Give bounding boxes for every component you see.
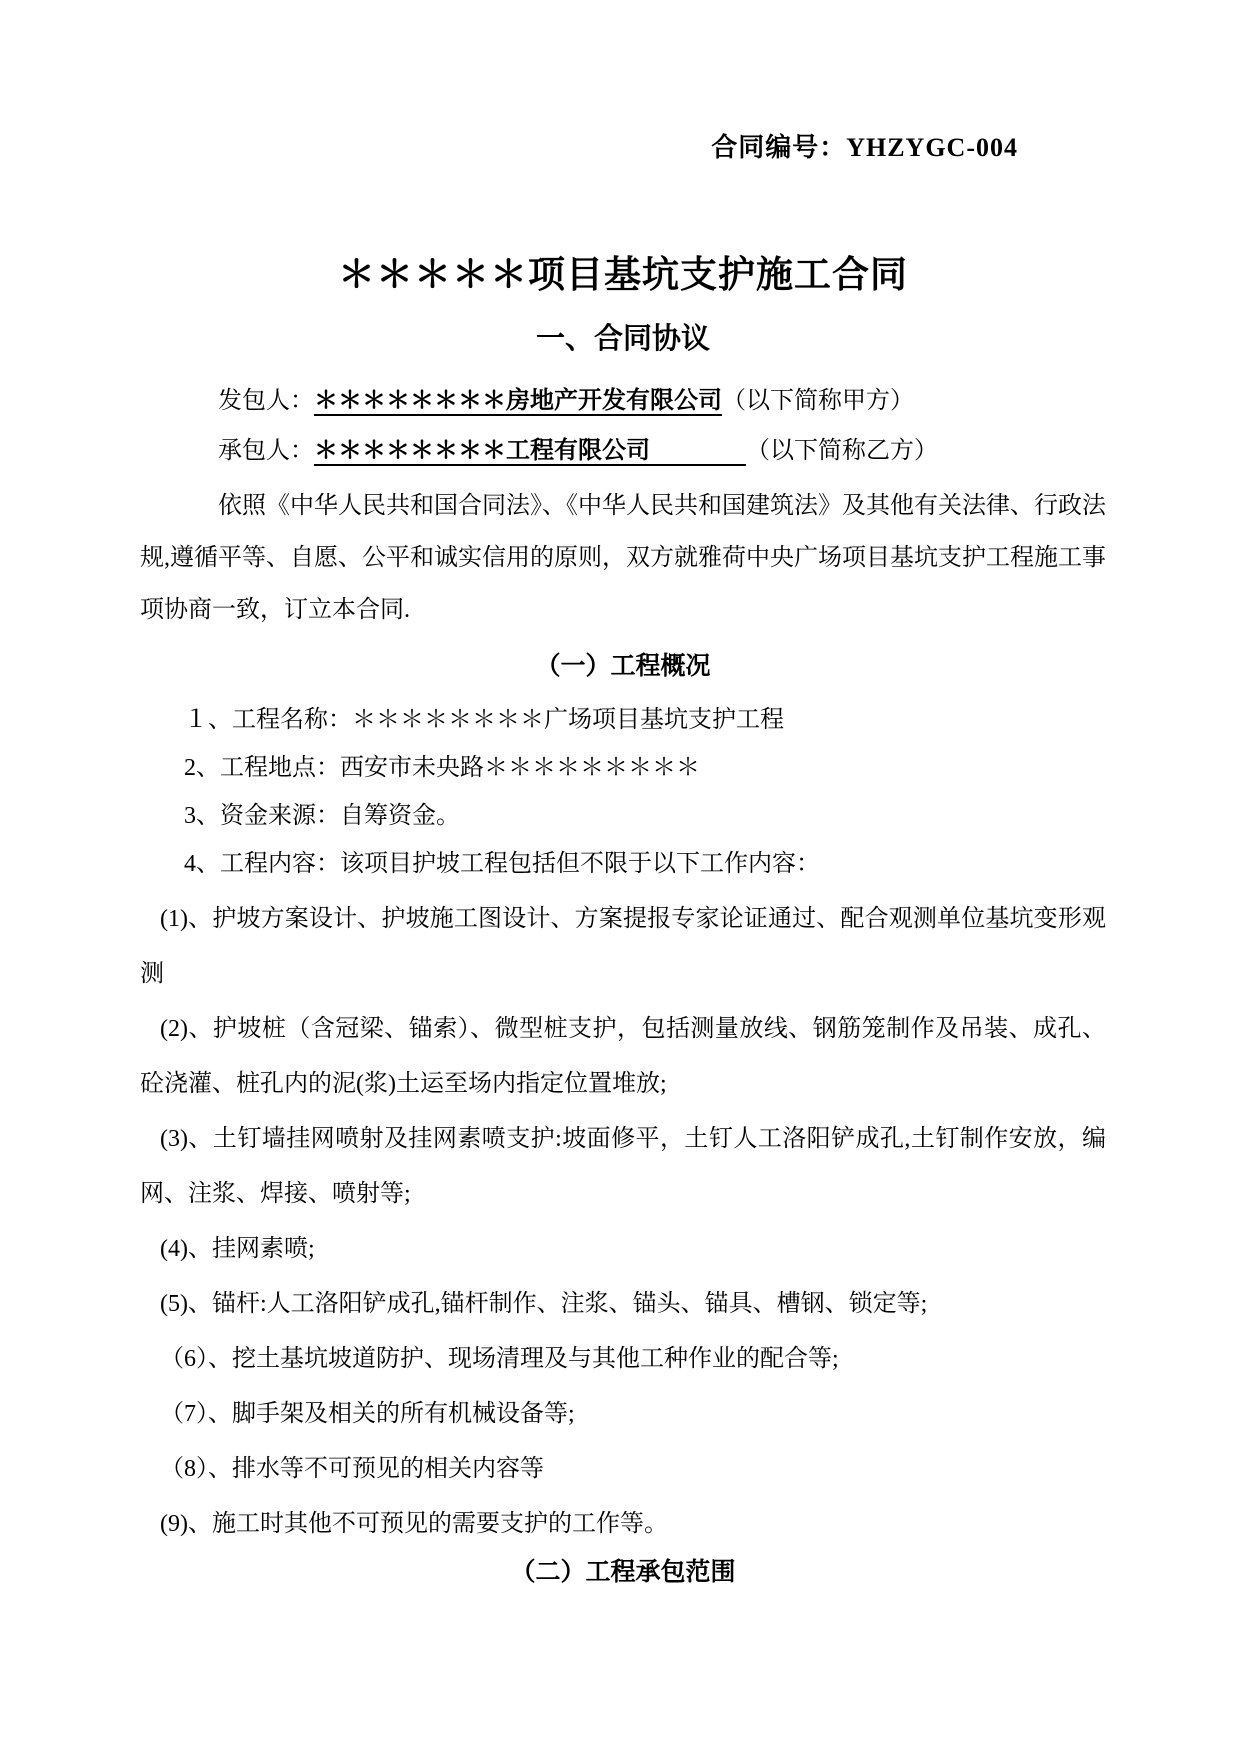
overview-items: １、工程名称：＊＊＊＊＊＊＊＊广场项目基坑支护工程 2、工程地点：西安市未央路＊… <box>140 696 1106 888</box>
contractor-line: 承包人：＊＊＊＊＊＊＊＊工程有限公司（以下简称乙方） <box>140 426 1106 476</box>
employer-label: 发包人： <box>218 388 314 414</box>
section-heading-agreement: 一、合同协议 <box>140 322 1106 356</box>
work-item-5: (5)、锚杆:人工洛阳铲成孔,锚杆制作、注浆、锚头、锚具、槽钢、锁定等; <box>140 1277 1106 1332</box>
work-items-list: (1)、护坡方案设计、护坡施工图设计、方案提报专家论证通过、配合观测单位基坑变形… <box>140 892 1106 1552</box>
overview-item-project-name: １、工程名称：＊＊＊＊＊＊＊＊广场项目基坑支护工程 <box>140 696 1106 744</box>
employer-suffix: （以下简称甲方） <box>722 388 914 414</box>
contractor-suffix: （以下简称乙方） <box>746 438 938 464</box>
contractor-label: 承包人： <box>218 438 314 464</box>
preamble-paragraph: 依照《中华人民共和国合同法》、《中华人民共和国建筑法》及其他有关法律、行政法规,… <box>140 480 1106 636</box>
contractor-name-blank-underline <box>650 457 746 458</box>
work-item-4: (4)、挂网素喷; <box>140 1222 1106 1277</box>
work-item-9: (9)、施工时其他不可预见的需要支护的工作等。 <box>140 1497 1106 1552</box>
work-item-7: （7）、脚手架及相关的所有机械设备等; <box>140 1387 1106 1442</box>
section-heading-project-overview: （一）工程概况 <box>140 650 1106 684</box>
work-item-8: （8）、排水等不可预见的相关内容等 <box>140 1442 1106 1497</box>
employer-line: 发包人：＊＊＊＊＊＊＊＊房地产开发有限公司（以下简称甲方） <box>140 376 1106 426</box>
employer-name: ＊＊＊＊＊＊＊＊房地产开发有限公司 <box>314 388 722 414</box>
work-item-1: (1)、护坡方案设计、护坡施工图设计、方案提报专家论证通过、配合观测单位基坑变形… <box>140 892 1106 1002</box>
work-item-3: (3)、土钉墙挂网喷射及挂网素喷支护:坡面修平，土钉人工洛阳铲成孔,土钉制作安放… <box>140 1112 1106 1222</box>
overview-item-project-location: 2、工程地点：西安市未央路＊＊＊＊＊＊＊＊＊ <box>140 744 1106 792</box>
parties-block: 发包人：＊＊＊＊＊＊＊＊房地产开发有限公司（以下简称甲方） 承包人：＊＊＊＊＊＊… <box>140 376 1106 476</box>
section-heading-contract-scope: （二）工程承包范围 <box>140 1556 1106 1590</box>
contract-number: 合同编号：YHZYGC-004 <box>140 132 1106 164</box>
work-item-6: （6）、挖土基坑坡道防护、现场清理及与其他工种作业的配合等; <box>140 1332 1106 1387</box>
work-item-2: (2)、护坡桩（含冠梁、锚索）、微型桩支护，包括测量放线、钢筋笼制作及吊装、成孔… <box>140 1002 1106 1112</box>
contract-document-page: 合同编号：YHZYGC-004 ＊＊＊＊＊项目基坑支护施工合同 一、合同协议 发… <box>0 0 1241 1754</box>
overview-item-funding-source: 3、资金来源：自筹资金。 <box>140 792 1106 840</box>
contractor-name: ＊＊＊＊＊＊＊＊工程有限公司 <box>314 438 650 464</box>
overview-item-work-content: 4、工程内容：该项目护坡工程包括但不限于以下工作内容： <box>140 840 1106 888</box>
document-title: ＊＊＊＊＊项目基坑支护施工合同 <box>140 256 1106 296</box>
